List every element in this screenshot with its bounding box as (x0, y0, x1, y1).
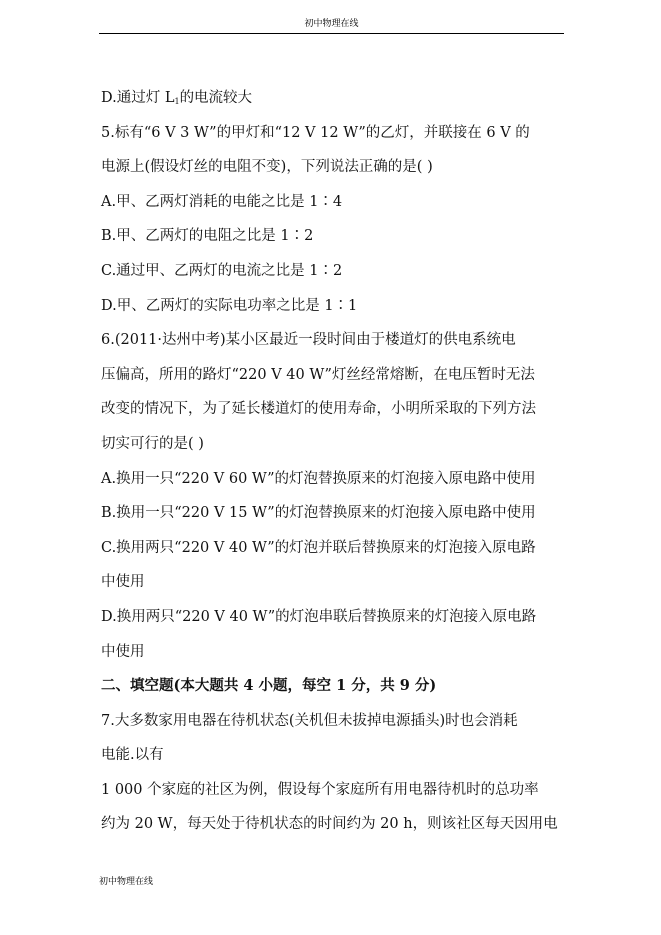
question-5-option-a: A.甲、乙两灯消耗的电能之比是 1∶4 (101, 190, 571, 225)
question-6-option-d-line-2: 中使用 (101, 640, 571, 675)
question-6-option-d-line-1: D.换用两只“220 V 40 W”的灯泡串联后替换原来的灯泡接入原电路 (101, 605, 571, 640)
question-6-stem-line-1: 6.(2011·达州中考)某小区最近一段时间由于楼道灯的供电系统电 (101, 328, 571, 363)
question-5-option-c: C.通过甲、乙两灯的电流之比是 1∶2 (101, 259, 571, 294)
question-7-line-1: 7.大多数家用电器在待机状态(关机但未拔掉电源插头)时也会消耗 (101, 709, 571, 744)
question-6-option-b: B.换用一只“220 V 15 W”的灯泡替换原来的灯泡接入原电路中使用 (101, 501, 571, 536)
page-header: 初中物理在线 (99, 16, 564, 34)
question-6-stem-line-4: 切实可行的是( ) (101, 432, 571, 467)
question-5-option-b: B.甲、乙两灯的电阻之比是 1∶2 (101, 224, 571, 259)
question-6-stem-line-3: 改变的情况下，为了延长楼道灯的使用寿命，小明所采取的下列方法 (101, 397, 571, 432)
question-5-option-d: D.甲、乙两灯的实际电功率之比是 1∶1 (101, 294, 571, 329)
question-7-line-3: 1 000 个家庭的社区为例，假设每个家庭所有用电器待机时的总功率 (101, 778, 571, 813)
question-6-option-c-line-1: C.换用两只“220 V 40 W”的灯泡并联后替换原来的灯泡接入原电路 (101, 536, 571, 571)
page-footer: 初中物理在线 (99, 877, 153, 887)
question-6-option-c-line-2: 中使用 (101, 570, 571, 605)
header-title: 初中物理在线 (99, 19, 564, 29)
question-5-stem-line-2: 电源上(假设灯丝的电阻不变)，下列说法正确的是( ) (101, 155, 571, 190)
section-heading-fill-in: 二、填空题(本大题共 4 小题，每空 1 分，共 9 分) (101, 674, 571, 709)
question-7-line-4: 约为 20 W，每天处于待机状态的时间约为 20 h，则该社区每天因用电 (101, 812, 571, 847)
line-text: D.通过灯 L (101, 90, 174, 106)
line-text: 的电流较大 (180, 90, 253, 106)
question-5-stem-line-1: 5.标有“6 V 3 W”的甲灯和“12 V 12 W”的乙灯，并联接在 6 V… (101, 121, 571, 156)
option-d-q4: D.通过灯 L1的电流较大 (101, 86, 571, 121)
question-6-option-a: A.换用一只“220 V 60 W”的灯泡替换原来的灯泡接入原电路中使用 (101, 467, 571, 502)
question-6-stem-line-2: 压偏高，所用的路灯“220 V 40 W”灯丝经常熔断，在电压暂时无法 (101, 363, 571, 398)
document-body: D.通过灯 L1的电流较大 5.标有“6 V 3 W”的甲灯和“12 V 12 … (101, 86, 571, 847)
question-7-line-2: 电能.以有 (101, 743, 571, 778)
